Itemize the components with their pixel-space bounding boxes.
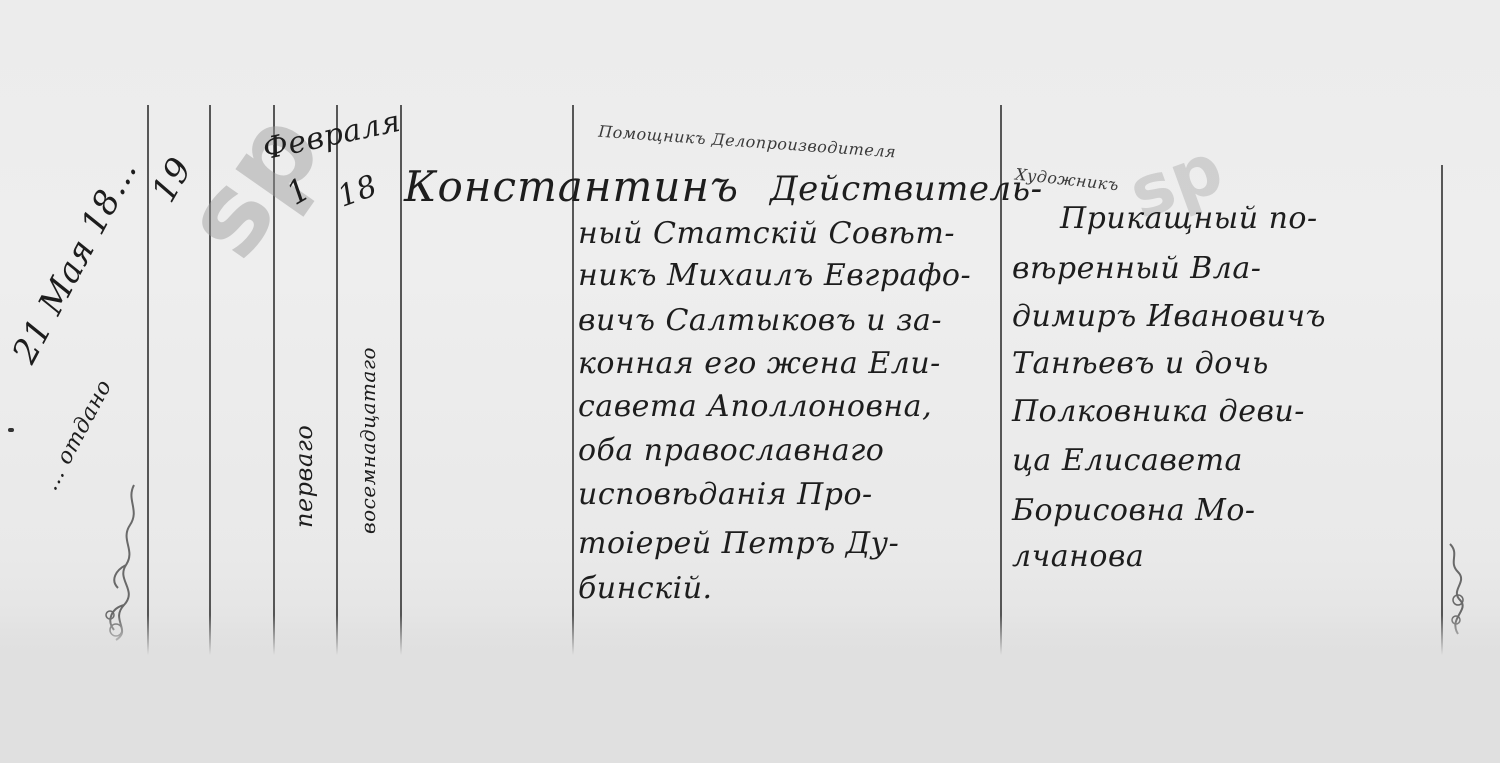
groom-line: вичъ Салтыковъ и за- bbox=[578, 302, 942, 340]
day-word: перваго bbox=[290, 425, 318, 528]
left-flourish-ornament bbox=[96, 480, 142, 650]
groom-line: оба православнаго bbox=[578, 432, 884, 470]
bride-line: Прикащный по- bbox=[1060, 200, 1318, 238]
groom-line: савета Аполлоновна, bbox=[578, 388, 932, 426]
groom-line: конная его жена Ели- bbox=[578, 345, 941, 383]
groom-line: бинскій. bbox=[578, 570, 713, 608]
bride-line: Борисовна Мо- bbox=[1012, 492, 1256, 530]
first-name-column: Константинъ bbox=[404, 162, 739, 211]
groom-line: ный Статскій Совѣт- bbox=[578, 215, 955, 253]
column-rule bbox=[400, 105, 402, 655]
column-rule bbox=[1441, 165, 1443, 655]
groom-line: исповѣданія Про- bbox=[578, 476, 873, 514]
groom-superscript: Помощникъ Делопроизводителя bbox=[598, 122, 897, 162]
ink-dot bbox=[8, 428, 14, 432]
margin-note-line1: 21 Мая 18… bbox=[5, 153, 146, 370]
bride-line: Полковника деви- bbox=[1012, 393, 1305, 431]
groom-line: Действитель- bbox=[770, 170, 1043, 208]
bride-line: ца Елисавета bbox=[1012, 442, 1243, 480]
groom-line: тоіерей Петръ Ду- bbox=[578, 525, 899, 563]
bride-line: лчанова bbox=[1012, 538, 1144, 576]
lower-blank-band bbox=[0, 655, 1500, 763]
flourish-icon bbox=[96, 480, 142, 650]
groom-line: никъ Михаилъ Евграфо- bbox=[578, 257, 971, 295]
bride-line: димиръ Ивановичъ bbox=[1012, 298, 1326, 336]
bride-line: вѣренный Вла- bbox=[1012, 250, 1261, 288]
bride-line: Танѣевъ и дочь bbox=[1012, 345, 1269, 383]
flourish-icon bbox=[1444, 540, 1472, 640]
year-numeral: 18 bbox=[333, 168, 382, 214]
year-word: восемнадцатаго bbox=[356, 347, 380, 534]
register-page: sp sp 21 Мая 18… … отдано 19 Февраля 1 п… bbox=[0, 0, 1500, 655]
margin-note-line2: … отдано bbox=[38, 376, 117, 495]
right-flourish-ornament bbox=[1444, 540, 1472, 640]
